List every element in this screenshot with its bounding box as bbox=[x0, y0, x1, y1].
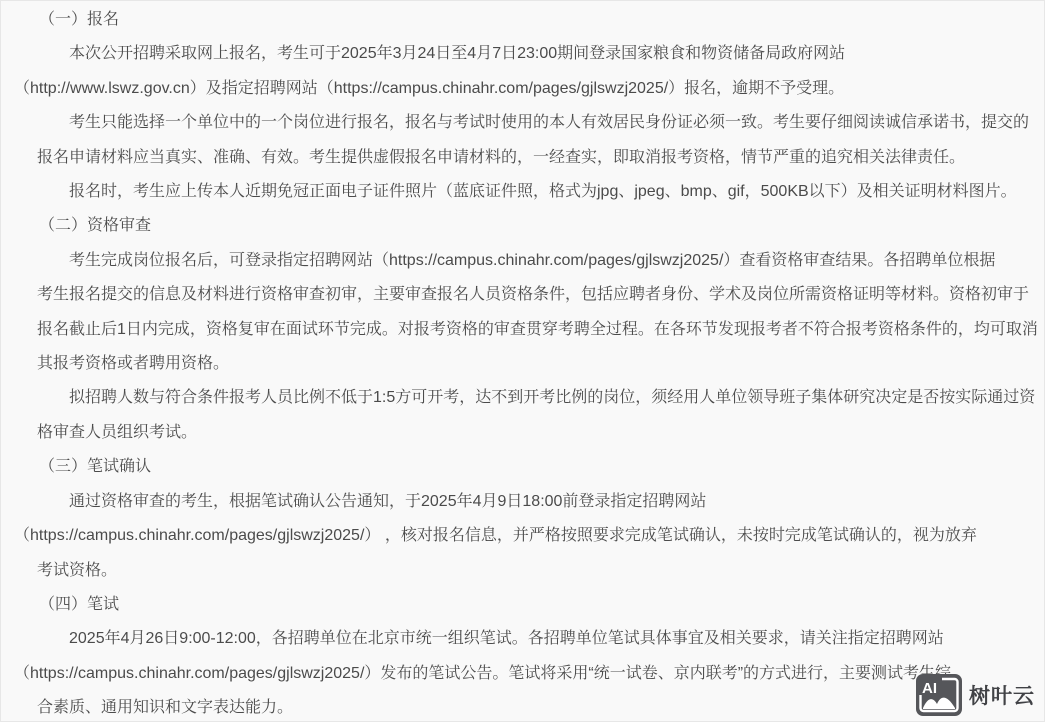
text-line: 通过资格审查的考生，根据笔试确认公告通知，于2025年4月9日18:00前登录指… bbox=[37, 485, 1010, 519]
svg-text:AI: AI bbox=[922, 680, 937, 697]
text-line: 其报考资格或者聘用资格。 bbox=[37, 347, 1010, 381]
text-line: （https://campus.chinahr.com/pages/gjlswz… bbox=[14, 519, 1010, 553]
text-line: 拟招聘人数与符合条件报考人员比例不低于1:5方可开考，达不到开考比例的岗位，须经… bbox=[37, 381, 1010, 415]
text-line: 考生完成岗位报名后，可登录指定招聘网站（https://campus.china… bbox=[37, 244, 1010, 278]
text-line: 报名截止后1日内完成，资格复审在面试环节完成。对报考资格的审查贯穿考聘全过程。在… bbox=[37, 313, 1010, 347]
text-line: 2025年4月26日9:00-12:00，各招聘单位在北京市统一组织笔试。各招聘… bbox=[37, 622, 1010, 656]
watermark: AI 树叶云 bbox=[916, 674, 1035, 716]
text-line: （https://campus.chinahr.com/pages/gjlswz… bbox=[14, 657, 1010, 691]
document-lines: （一）报名本次公开招聘采取网上报名，考生可于2025年3月24日至4月7日23:… bbox=[1, 1, 1044, 722]
text-line: 本次公开招聘采取网上报名，考生可于2025年3月24日至4月7日23:00期间登… bbox=[37, 37, 1010, 71]
text-line: 报名申请材料应当真实、准确、有效。考生提供虚假报名申请材料的，一经查实，即取消报… bbox=[37, 141, 1010, 175]
text-line: 考试资格。 bbox=[37, 554, 1010, 588]
text-line: （http://www.lswz.gov.cn）及指定招聘网站（https://… bbox=[14, 72, 1010, 106]
text-line: 考生只能选择一个单位中的一个岗位进行报名，报名与考试时使用的本人有效居民身份证必… bbox=[37, 106, 1010, 140]
section-heading: （三）笔试确认 bbox=[37, 450, 1010, 484]
text-line: 考生报名提交的信息及材料进行资格审查初审，主要审查报名人员资格条件，包括应聘者身… bbox=[37, 278, 1010, 312]
watermark-brand-label: 树叶云 bbox=[969, 680, 1035, 710]
text-line: 格审查人员组织考试。 bbox=[37, 416, 1010, 450]
text-line: 报名时，考生应上传本人近期免冠正面电子证件照片（蓝底证件照，格式为jpg、jpe… bbox=[37, 175, 1010, 209]
ai-image-icon: AI bbox=[916, 674, 962, 716]
document-page: （一）报名本次公开招聘采取网上报名，考生可于2025年3月24日至4月7日23:… bbox=[0, 0, 1045, 722]
section-heading: （四）笔试 bbox=[37, 588, 1010, 622]
section-heading: （一）报名 bbox=[37, 3, 1010, 37]
section-heading: （二）资格审查 bbox=[37, 209, 1010, 243]
text-line: 合素质、通用知识和文字表达能力。 bbox=[37, 691, 1010, 722]
